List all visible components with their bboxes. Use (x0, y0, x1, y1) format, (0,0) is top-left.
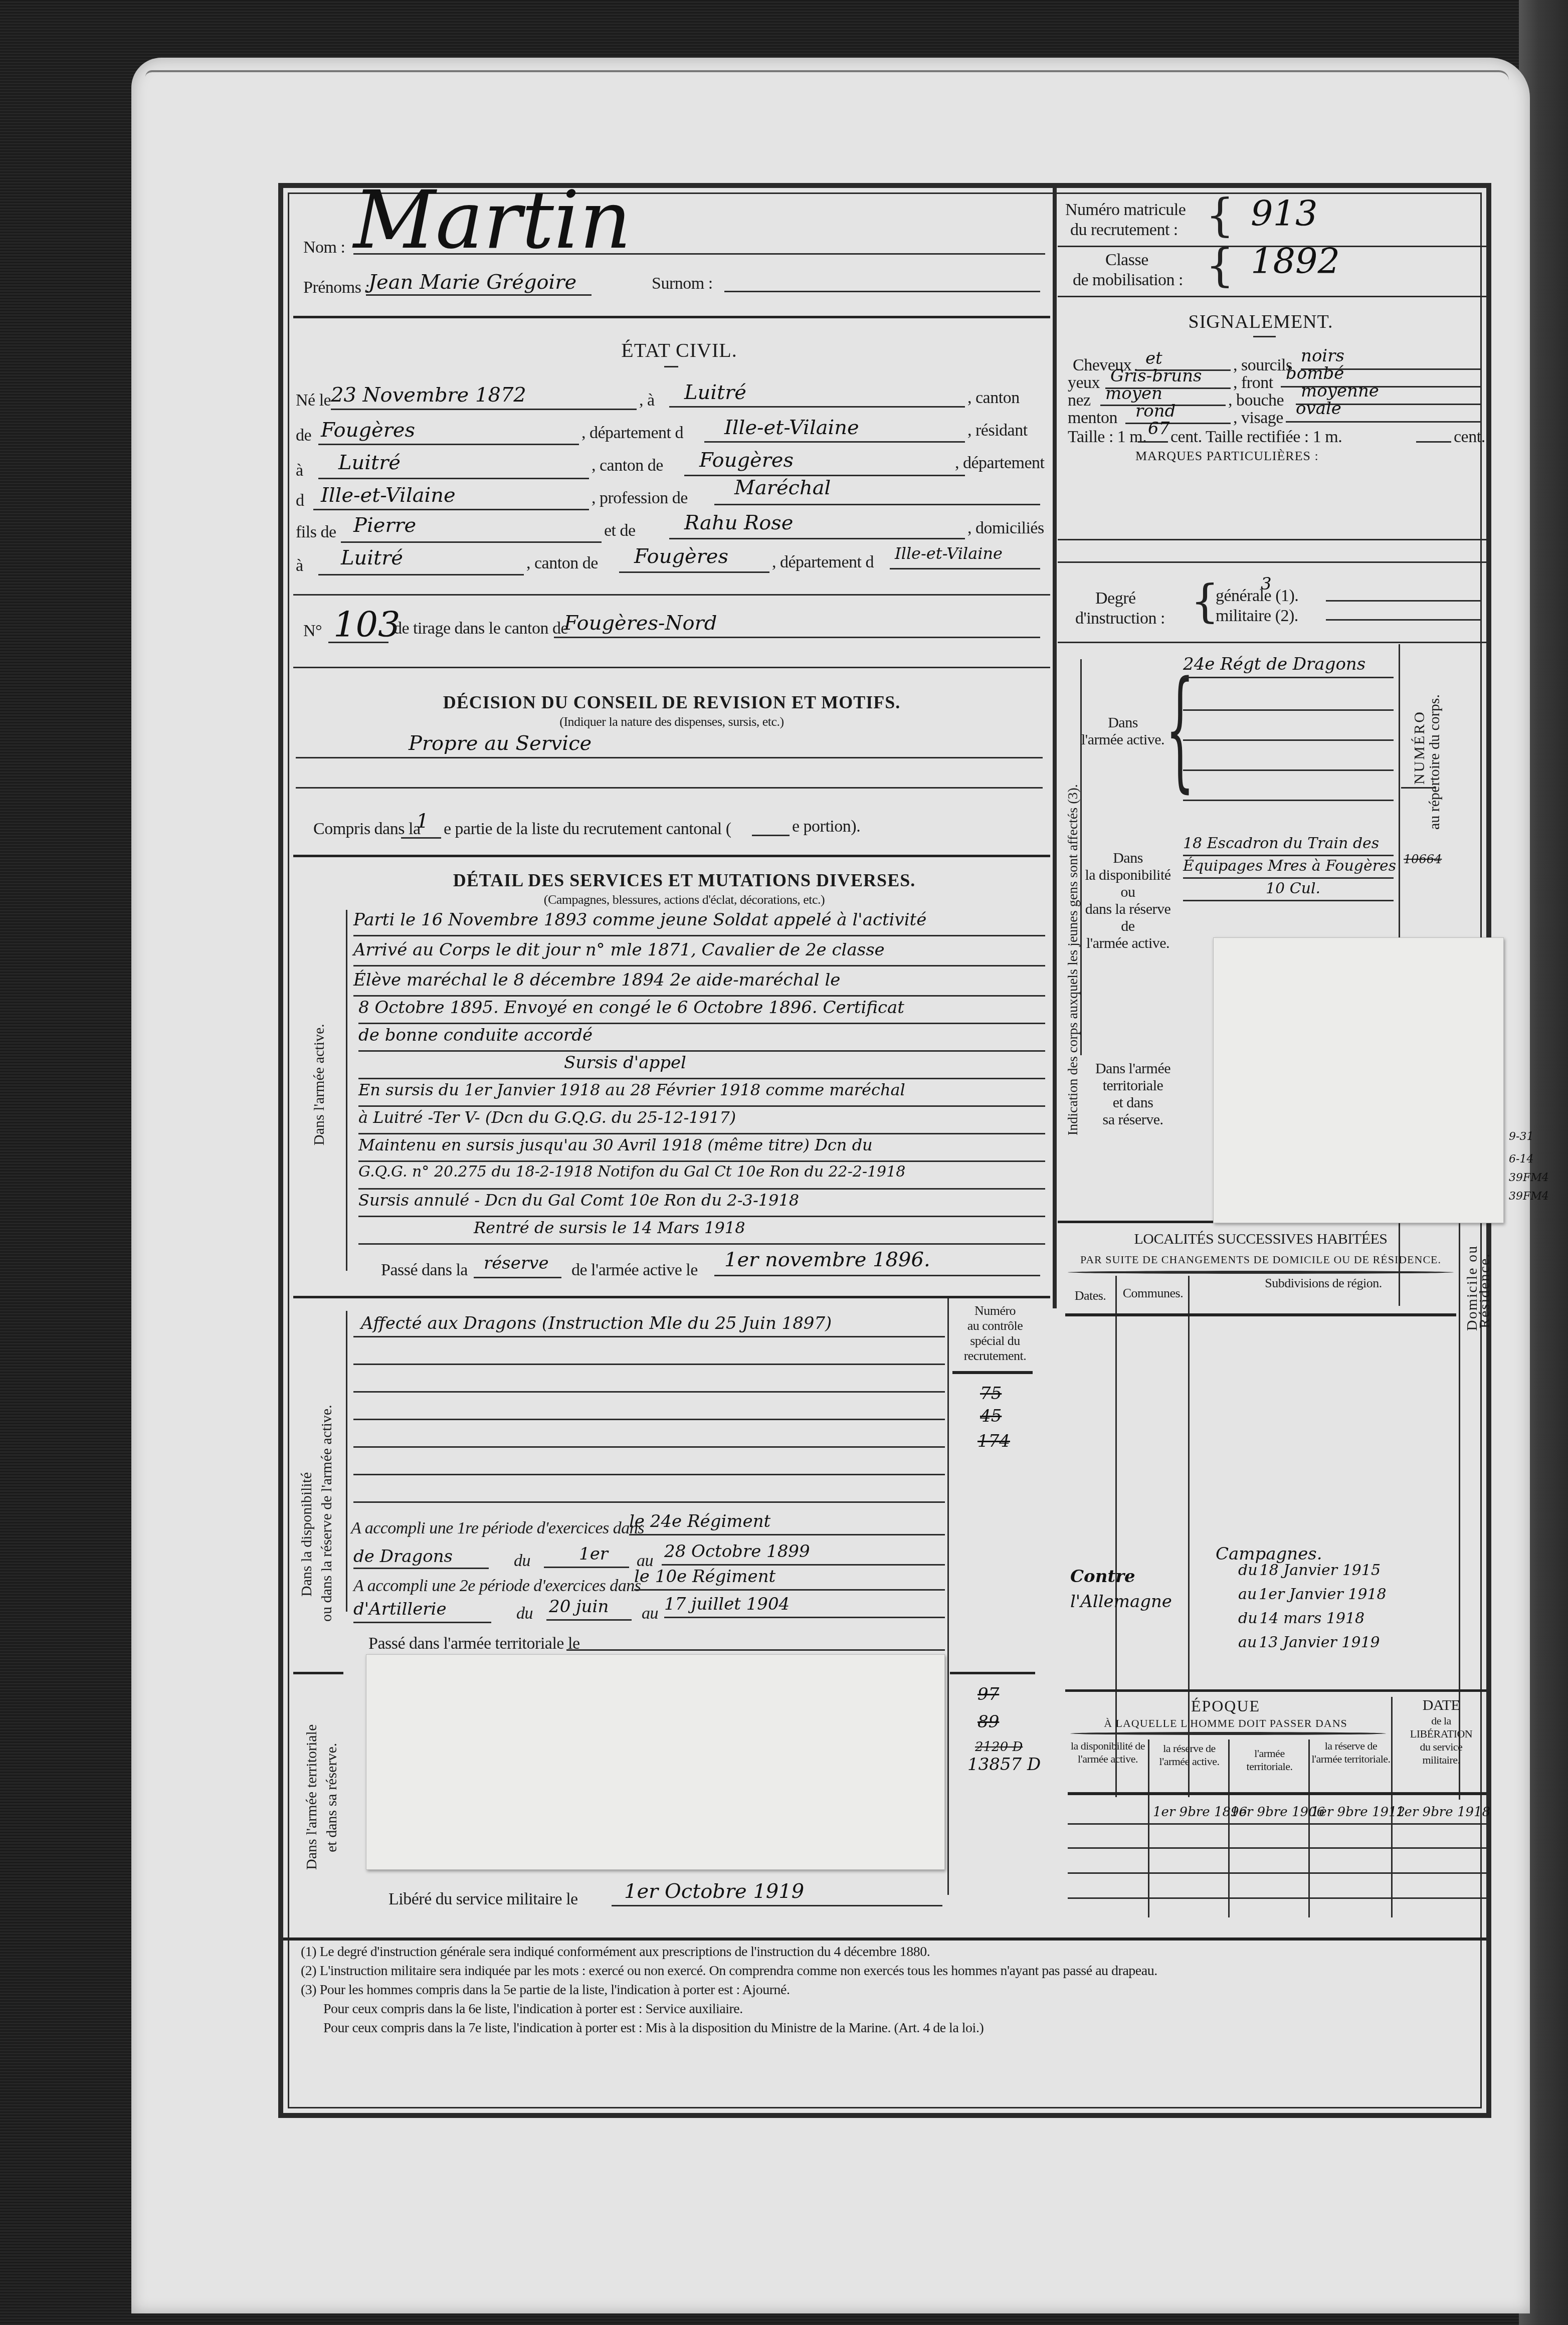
militaire-label: militaire (2). (1216, 607, 1298, 626)
ruled-line (353, 965, 1045, 966)
ruled-line (1183, 900, 1394, 901)
epoque-header-rule (1068, 1792, 1486, 1795)
canton-label: , canton (967, 389, 1020, 408)
campagne-date: 1er Janvier 1918 (1259, 1586, 1386, 1603)
ruled-line (353, 1446, 945, 1448)
ruled-line (358, 1050, 1045, 1052)
ornament-rule (1068, 1271, 1454, 1274)
prenoms-label: Prénoms : (303, 278, 369, 297)
decision-line (296, 757, 1043, 758)
services-bracket (346, 910, 347, 1271)
affecte-value: Affecté aux Dragons (Instruction Mle du … (361, 1313, 832, 1333)
label-line: de (1080, 918, 1175, 935)
residence-value: Luitré (338, 451, 401, 474)
ruled-line (1183, 877, 1394, 879)
visage-line (1286, 421, 1481, 423)
controle-header-line: au contrôle (952, 1318, 1038, 1333)
ruled-line (353, 1364, 945, 1365)
canton-parents-value: Fougères (634, 545, 728, 568)
sourcils-label: , sourcils (1233, 356, 1292, 375)
profession-value: Maréchal (734, 476, 831, 499)
date-title: DATE (1394, 1697, 1489, 1714)
sursis-line: Maintenu en sursis jusqu'au 30 Avril 191… (358, 1135, 873, 1154)
residence-line (318, 478, 589, 479)
visage-value: ovale (1296, 399, 1341, 419)
terr-controle-value: 2120 D (975, 1739, 1023, 1755)
profession-label: , profession de (592, 489, 688, 508)
label-line: LIBÉRATION (1394, 1727, 1489, 1740)
partie-line (401, 837, 441, 839)
menton-value: rond (1135, 401, 1175, 421)
periode1-label: A accompli une 1re période d'exercices d… (351, 1519, 644, 1538)
footnote: (3) Pour les hommes compris dans la 5e p… (301, 1981, 1479, 2000)
margin-note: 6-14 (1509, 1153, 1539, 1166)
departement-value: Ille-et-Vilaine (724, 416, 859, 439)
localites-header-rule (1065, 1313, 1456, 1316)
sursis-line: Sursis annulé - Dcn du Gal Comt 10e Ron … (358, 1191, 799, 1210)
periode1-du-value: 1er (579, 1544, 608, 1564)
pere-value: Pierre (353, 514, 416, 537)
periode2-au-line (664, 1617, 945, 1618)
cent2-label: cent. (1454, 428, 1485, 447)
territoriale-line (566, 1649, 945, 1651)
cent-label: cent. Taille rectifiée : 1 m. (1170, 428, 1342, 447)
ruled-line (1183, 709, 1394, 711)
ornament-rule (1070, 1732, 1386, 1735)
libere-date-line (612, 1905, 942, 1906)
epoque-title: ÉPOQUE (1065, 1697, 1386, 1715)
front-value: bombé (1286, 363, 1344, 383)
corps-side-label: Indication des corps auxquels les jeunes… (1065, 784, 1081, 1135)
controle-header-line: recrutement. (952, 1348, 1038, 1364)
nom-line (353, 253, 1045, 255)
row-divider (293, 667, 1050, 668)
section-divider (1065, 1689, 1486, 1692)
numero-rule (1401, 787, 1436, 789)
margin-note: 39FM4 (1509, 1190, 1539, 1203)
departement-residence-value: Ille-et-Vilaine (321, 484, 456, 507)
departement3-label: , département d (772, 553, 874, 572)
taille-label: Taille : 1 m. (1068, 428, 1146, 447)
localites-subtitle: PAR SUITE DE CHANGEMENTS DE DOMICILE OU … (1065, 1253, 1456, 1266)
controle-header-rule (952, 1371, 1033, 1374)
nom-value: Martin (353, 173, 631, 267)
ruled-line (358, 1243, 1045, 1245)
controle-header-line: Numéro (952, 1303, 1038, 1318)
generale-line (1326, 600, 1481, 602)
numero-label-2: au répertoire du corps. (1426, 694, 1443, 830)
ruled-line (353, 1474, 945, 1475)
corps-dispo-label: Dans la disponibilité ou dans la réserve… (1080, 850, 1175, 952)
domicile-parents-line (318, 574, 524, 575)
footnote: Pour ceux compris dans la 7e liste, l'in… (301, 2019, 1479, 2038)
ruled-line (353, 1501, 945, 1503)
prenoms-line (366, 294, 592, 296)
menton-label: menton (1068, 409, 1117, 428)
label-line: Dans (1080, 850, 1175, 867)
canton3-label: , canton de (526, 554, 598, 573)
periode1-unite-1: le 24e Régiment (629, 1511, 770, 1531)
ne-le-value: 23 Novembre 1872 (331, 383, 526, 407)
periode1-du-label: du (514, 1552, 530, 1571)
libere-date-value: 1er Octobre 1919 (624, 1880, 804, 1903)
service-line: Parti le 16 Novembre 1893 comme jeune So… (353, 910, 926, 930)
nez-value: moyen (1105, 383, 1162, 404)
controle-value: 75 (980, 1384, 1002, 1404)
canton-tirage-value: Fougères-Nord (564, 612, 717, 635)
controle-column-divider (947, 1298, 949, 1895)
ne-le-label: Né le (296, 391, 331, 410)
canton-line (318, 444, 579, 445)
title-dash (1253, 336, 1276, 337)
ruled-line (1183, 739, 1394, 741)
lieu-naissance-value: Luitré (684, 381, 746, 404)
numero-tirage-line (328, 642, 388, 643)
epoque-subtitle: À LAQUELLE L'HOMME DOIT PASSER DANS (1065, 1717, 1386, 1730)
campagnes-title: Campagnes. (1216, 1544, 1322, 1564)
epoque-col: l'armée territoriale. (1231, 1747, 1308, 1773)
ruled-line (358, 1105, 1045, 1107)
periode1-au-value: 28 Octobre 1899 (664, 1541, 810, 1562)
nom-label: Nom : (303, 238, 345, 257)
passe-date-line (714, 1275, 1040, 1276)
periode2-unite-line (634, 1589, 945, 1591)
compris-label-2: e partie de la liste du recrutement cant… (444, 820, 731, 839)
d-label: d (296, 491, 304, 510)
label-line: l'armée active. (1080, 935, 1175, 952)
lieu-naissance-line (669, 406, 965, 408)
ruled-line (353, 935, 1045, 936)
epoque-value: 1er 9bre 1918 (1396, 1805, 1490, 1820)
margin-note: 39FM4 (1509, 1172, 1539, 1184)
canton-parents-line (619, 571, 769, 573)
label-line: Dans l'armée (1085, 1060, 1181, 1077)
controle-header-line: spécial du (952, 1333, 1038, 1348)
section-divider (293, 1672, 343, 1674)
ruled-line (1183, 855, 1394, 856)
periode2-du-label: du (516, 1604, 533, 1623)
matricule-value: 913 (1251, 193, 1318, 234)
periode1-au-line (662, 1564, 945, 1566)
ruled-line (353, 1391, 945, 1393)
campagnes-left-1: Contre (1070, 1567, 1135, 1587)
sourcils-value: noirs (1301, 346, 1344, 366)
active-brace: { (1165, 664, 1195, 795)
section-divider (293, 855, 1050, 857)
ruled-line (1068, 1872, 1486, 1874)
campagne-date: 14 mars 1918 (1260, 1610, 1365, 1627)
title-dash (664, 366, 678, 367)
yeux-value: Gris-bruns (1110, 366, 1202, 386)
classe-label-2: de mobilisation : (1073, 271, 1183, 290)
service-line: Arrivé au Corps le dit jour n° mle 1871,… (353, 940, 885, 960)
departement-parents-value: Ille-et-Vilaine (895, 544, 1003, 563)
decision-line (296, 787, 1043, 789)
ruled-line (1068, 1897, 1486, 1899)
surnom-line (724, 291, 1040, 292)
footnote: (1) Le degré d'instruction générale sera… (301, 1943, 1479, 1962)
periode2-du-value: 20 juin (549, 1597, 609, 1617)
row-divider (1058, 642, 1486, 643)
departement2-label: , département (955, 454, 1045, 473)
controle-value: 45 (980, 1406, 1002, 1426)
localites-side-col-2: Résidence. (1476, 1253, 1493, 1328)
departement-line (704, 441, 965, 443)
campagnes-left-2: l'Allemagne (1070, 1592, 1172, 1612)
matricule-label-1: Numéro matricule (1065, 201, 1186, 220)
de-label: de (296, 426, 311, 445)
controle-header: Numéro au contrôle spécial du recrutemen… (952, 1303, 1038, 1364)
numero-label-1: NUMÉRO (1411, 710, 1428, 785)
degre-label-1: Degré (1095, 589, 1136, 608)
pasted-paper-patch (366, 1654, 945, 1870)
matricule-label-2: du recrutement : (1070, 221, 1178, 240)
periode2-au-value: 17 juillet 1904 (664, 1594, 790, 1614)
etat-civil-title: ÉTAT CIVIL. (604, 338, 754, 362)
ruled-line (353, 1419, 945, 1420)
sursis-line: G.Q.G. n° 20.275 du 18-2-1918 Notifon du… (358, 1163, 905, 1181)
header-divider (293, 316, 1050, 318)
epoque-col: la réserve de l'armée active. (1150, 1742, 1228, 1768)
corps-terr-label: Dans l'armée territoriale et dans sa rés… (1085, 1060, 1181, 1128)
periode1-unite-2: de Dragons (353, 1546, 453, 1567)
canton2-label: , canton de (592, 456, 663, 475)
numero-tirage-value: 103 (333, 604, 401, 645)
pere-line (341, 541, 602, 543)
campagne-date: 18 Janvier 1915 (1260, 1562, 1381, 1579)
campagne-prefix: au (1238, 1634, 1257, 1651)
mere-line (669, 538, 965, 539)
periode2-au-label: au (642, 1604, 658, 1623)
periode2-label: A accompli une 2e période d'exercices da… (353, 1577, 641, 1596)
campagne-prefix: du (1238, 1562, 1258, 1579)
ruled-line (353, 995, 1045, 997)
passe-label-2: de l'armée active le (571, 1261, 698, 1280)
militaire-line (1326, 619, 1481, 621)
generale-value: 3 (1261, 574, 1272, 594)
label-line: ou (1080, 884, 1175, 901)
ne-le-line (331, 409, 637, 410)
periode2-unite-2: d'Artillerie (353, 1599, 447, 1619)
service-line: Élève maréchal le 8 décembre 1894 2e aid… (353, 970, 840, 990)
section-divider (950, 1672, 1035, 1674)
a3-label: à (296, 556, 303, 575)
yeux-label: yeux (1068, 373, 1100, 393)
label-line: la disponibilité (1080, 867, 1175, 884)
dispo-side-label-2: ou dans la réserve de l'armée active. (318, 1405, 335, 1622)
sursis-line: à Luitré -Ter V- (Dcn du G.Q.G. du 25-12… (358, 1108, 736, 1127)
services-title: DÉTAIL DES SERVICES ET MUTATIONS DIVERSE… (409, 870, 960, 891)
front-label: , front (1233, 373, 1273, 393)
departement-label: , département d (581, 424, 683, 443)
ruled-line (1068, 1823, 1486, 1825)
taille-rectifiee-line (1416, 441, 1451, 443)
campagne-prefix: du (1238, 1610, 1258, 1627)
corps-dispo-value-3: 10 Cul. (1266, 880, 1320, 897)
ruled-line (1183, 800, 1394, 801)
territoriale-label: Passé dans l'armée territoriale le (368, 1634, 580, 1653)
bouche-value: moyenne (1301, 381, 1379, 401)
localites-col-subdivisions: Subdivisions de région. (1191, 1276, 1456, 1291)
footnotes: (1) Le degré d'instruction générale sera… (301, 1943, 1479, 2038)
epoque-column-divider (1308, 1739, 1310, 1917)
passe-reserve-line (474, 1277, 561, 1278)
registre-matricule-form: Nom : Martin Prénoms : Jean Marie Grégoi… (278, 183, 1491, 2118)
prenoms-value: Jean Marie Grégoire (368, 271, 576, 294)
decision-subtitle: (Indiquer la nature des dispenses, sursi… (484, 714, 860, 729)
departement-residence-line (313, 509, 589, 510)
decision-value: Propre au Service (409, 732, 592, 755)
ruled-line (358, 1160, 1045, 1162)
label-line: et dans (1085, 1094, 1181, 1111)
partie-value: 1 (416, 810, 429, 833)
ruled-line (358, 1078, 1045, 1079)
campagne-date: 13 Janvier 1919 (1259, 1634, 1380, 1651)
no-label: N° (303, 622, 322, 641)
matricule-brace: { (1206, 193, 1234, 238)
epoque-value: 1er 9bre 1912 (1311, 1805, 1405, 1820)
ruled-line (1068, 1847, 1486, 1849)
degre-brace: { (1191, 579, 1219, 624)
label-line: de la (1394, 1714, 1489, 1727)
classe-value: 1892 (1251, 241, 1340, 282)
dispo-side-label-1: Dans la disponibilité (298, 1472, 315, 1597)
margin-notes: 9-31 6-14 39FM4 39FM4 (1509, 1130, 1539, 1203)
footnote-divider (283, 1937, 1486, 1941)
periode1-unite-2-line (353, 1568, 489, 1569)
mere-value: Rahu Rose (684, 511, 794, 534)
ruled-line (358, 1023, 1045, 1024)
canton-tirage-line (554, 637, 1040, 638)
nez-label: nez (1068, 391, 1091, 410)
canton-residence-value: Fougères (699, 449, 794, 472)
menton-line (1125, 423, 1231, 424)
taille-line (1138, 441, 1168, 443)
margin-note: 9-31 (1509, 1130, 1539, 1143)
libere-label: Libéré du service militaire le (388, 1890, 578, 1909)
et-de-label: et de (604, 521, 636, 540)
footnote: Pour ceux compris dans la 6e liste, l'in… (301, 2000, 1479, 2019)
epoque-col: la disponibilité de l'armée active. (1068, 1739, 1148, 1766)
column-divider (1053, 188, 1057, 1308)
degre-label-2: d'instruction : (1075, 609, 1165, 628)
fils-de-label: fils de (296, 523, 336, 542)
signalement-title: SIGNALEMENT. (1186, 311, 1336, 333)
generale-label: générale (1). (1216, 587, 1298, 606)
services-side-label: Dans l'armée active. (311, 1024, 328, 1145)
page-top-fold (145, 70, 1509, 80)
departement-parents-line (890, 568, 1040, 569)
label-line: Dans (1080, 714, 1165, 731)
section-divider (1058, 1221, 1213, 1223)
decision-title: DÉCISION DU CONSEIL DE REVISION ET MOTIF… (409, 692, 935, 713)
section-divider (293, 1296, 1050, 1298)
corps-active-value: 24e Régt de Dragons (1183, 654, 1365, 674)
periode2-unite-1: le 10e Régiment (634, 1567, 775, 1587)
epoque-col: la réserve de l'armée territoriale. (1311, 1739, 1391, 1766)
surnom-label: Surnom : (652, 274, 713, 293)
ruled-line (353, 1336, 945, 1337)
localites-title: LOCALITÉS SUCCESSIVES HABITÉES (1065, 1231, 1456, 1248)
service-line: 8 Octobre 1895. Envoyé en congé le 6 Oct… (358, 998, 904, 1018)
passe-reserve-value: réserve (484, 1253, 549, 1273)
periode1-unite-line (629, 1534, 945, 1535)
ruled-line (358, 1188, 1045, 1190)
epoque-column-divider (1228, 1739, 1230, 1917)
ruled-line (358, 1216, 1045, 1217)
footnote: (2) L'instruction militaire sera indiqué… (301, 1962, 1479, 1981)
corps-dispo-number: 10664 (1404, 852, 1442, 866)
terr-side-label-2: et dans sa réserve. (323, 1743, 340, 1852)
compris-label-1: Compris dans la (313, 820, 420, 839)
periode2-unite-2-line (353, 1622, 491, 1623)
label-line: militaire. (1394, 1754, 1489, 1767)
ruled-line (1183, 769, 1394, 771)
domicilies-label: , domiciliés (967, 519, 1044, 538)
profession-line (714, 504, 1040, 505)
dispo-bracket (346, 1311, 347, 1612)
terr-controle-value: 97 (977, 1684, 999, 1704)
row-divider (1058, 539, 1486, 540)
bouche-label: , bouche (1228, 391, 1284, 410)
label-line: du service (1394, 1740, 1489, 1754)
label-line: territoriale (1085, 1077, 1181, 1094)
pasted-paper-patch (1213, 937, 1504, 1223)
row-divider (293, 594, 1050, 596)
sursis-line: Rentré de sursis le 14 Mars 1918 (474, 1218, 745, 1237)
visage-label: , visage (1233, 409, 1283, 428)
a-label: , à (639, 391, 655, 410)
classe-brace: { (1206, 243, 1234, 288)
date-subtitle: de la LIBÉRATION du service militaire. (1394, 1714, 1489, 1767)
localites-col-dates: Dates. (1065, 1288, 1115, 1303)
label-line: dans la réserve (1080, 901, 1175, 918)
ruled-line (1183, 677, 1394, 678)
passe-date-value: 1er novembre 1896. (724, 1248, 930, 1271)
row-divider (1058, 296, 1486, 297)
campagnes-dates: du 18 Janvier 1915 au 1er Janvier 1918 d… (1238, 1562, 1489, 1658)
cheveux-value: et (1145, 348, 1162, 368)
domicile-parents-value: Luitré (341, 546, 403, 569)
classe-label-1: Classe (1105, 251, 1148, 270)
passe-label-1: Passé dans la (381, 1261, 468, 1280)
service-line: de bonne conduite accordé (358, 1025, 593, 1045)
portion-line (752, 835, 790, 836)
a2-label: à (296, 461, 303, 480)
marques-label: MARQUES PARTICULIÈRES : (1135, 449, 1319, 464)
residant-label: , résidant (967, 421, 1028, 440)
terr-side-label-1: Dans l'armée territoriale (303, 1724, 320, 1870)
terr-controle-value: 13857 D (967, 1755, 1041, 1775)
ruled-line (358, 1133, 1045, 1134)
services-subtitle: (Campagnes, blessures, actions d'éclat, … (484, 892, 885, 907)
taille-value: 67 (1148, 419, 1169, 439)
label-line: sa réserve. (1085, 1111, 1181, 1128)
sursis-title: Sursis d'appel (564, 1053, 686, 1073)
sursis-line: En sursis du 1er Janvier 1918 au 28 Févr… (358, 1080, 905, 1099)
canton-value: Fougères (321, 419, 415, 442)
campagne-prefix: au (1238, 1586, 1257, 1603)
tirage-label: de tirage dans le canton de (394, 619, 568, 638)
corps-dispo-value-1: 18 Escadron du Train des (1183, 835, 1379, 852)
periode1-du-line (544, 1567, 629, 1568)
controle-value: 174 (977, 1431, 1010, 1451)
corps-dispo-value-2: Équipages Mres à Fougères (1183, 857, 1396, 875)
label-line: l'armée active. (1080, 731, 1165, 748)
epoque-column-divider (1148, 1739, 1149, 1917)
periode2-du-line (546, 1619, 632, 1621)
terr-controle-value: 89 (977, 1712, 999, 1732)
